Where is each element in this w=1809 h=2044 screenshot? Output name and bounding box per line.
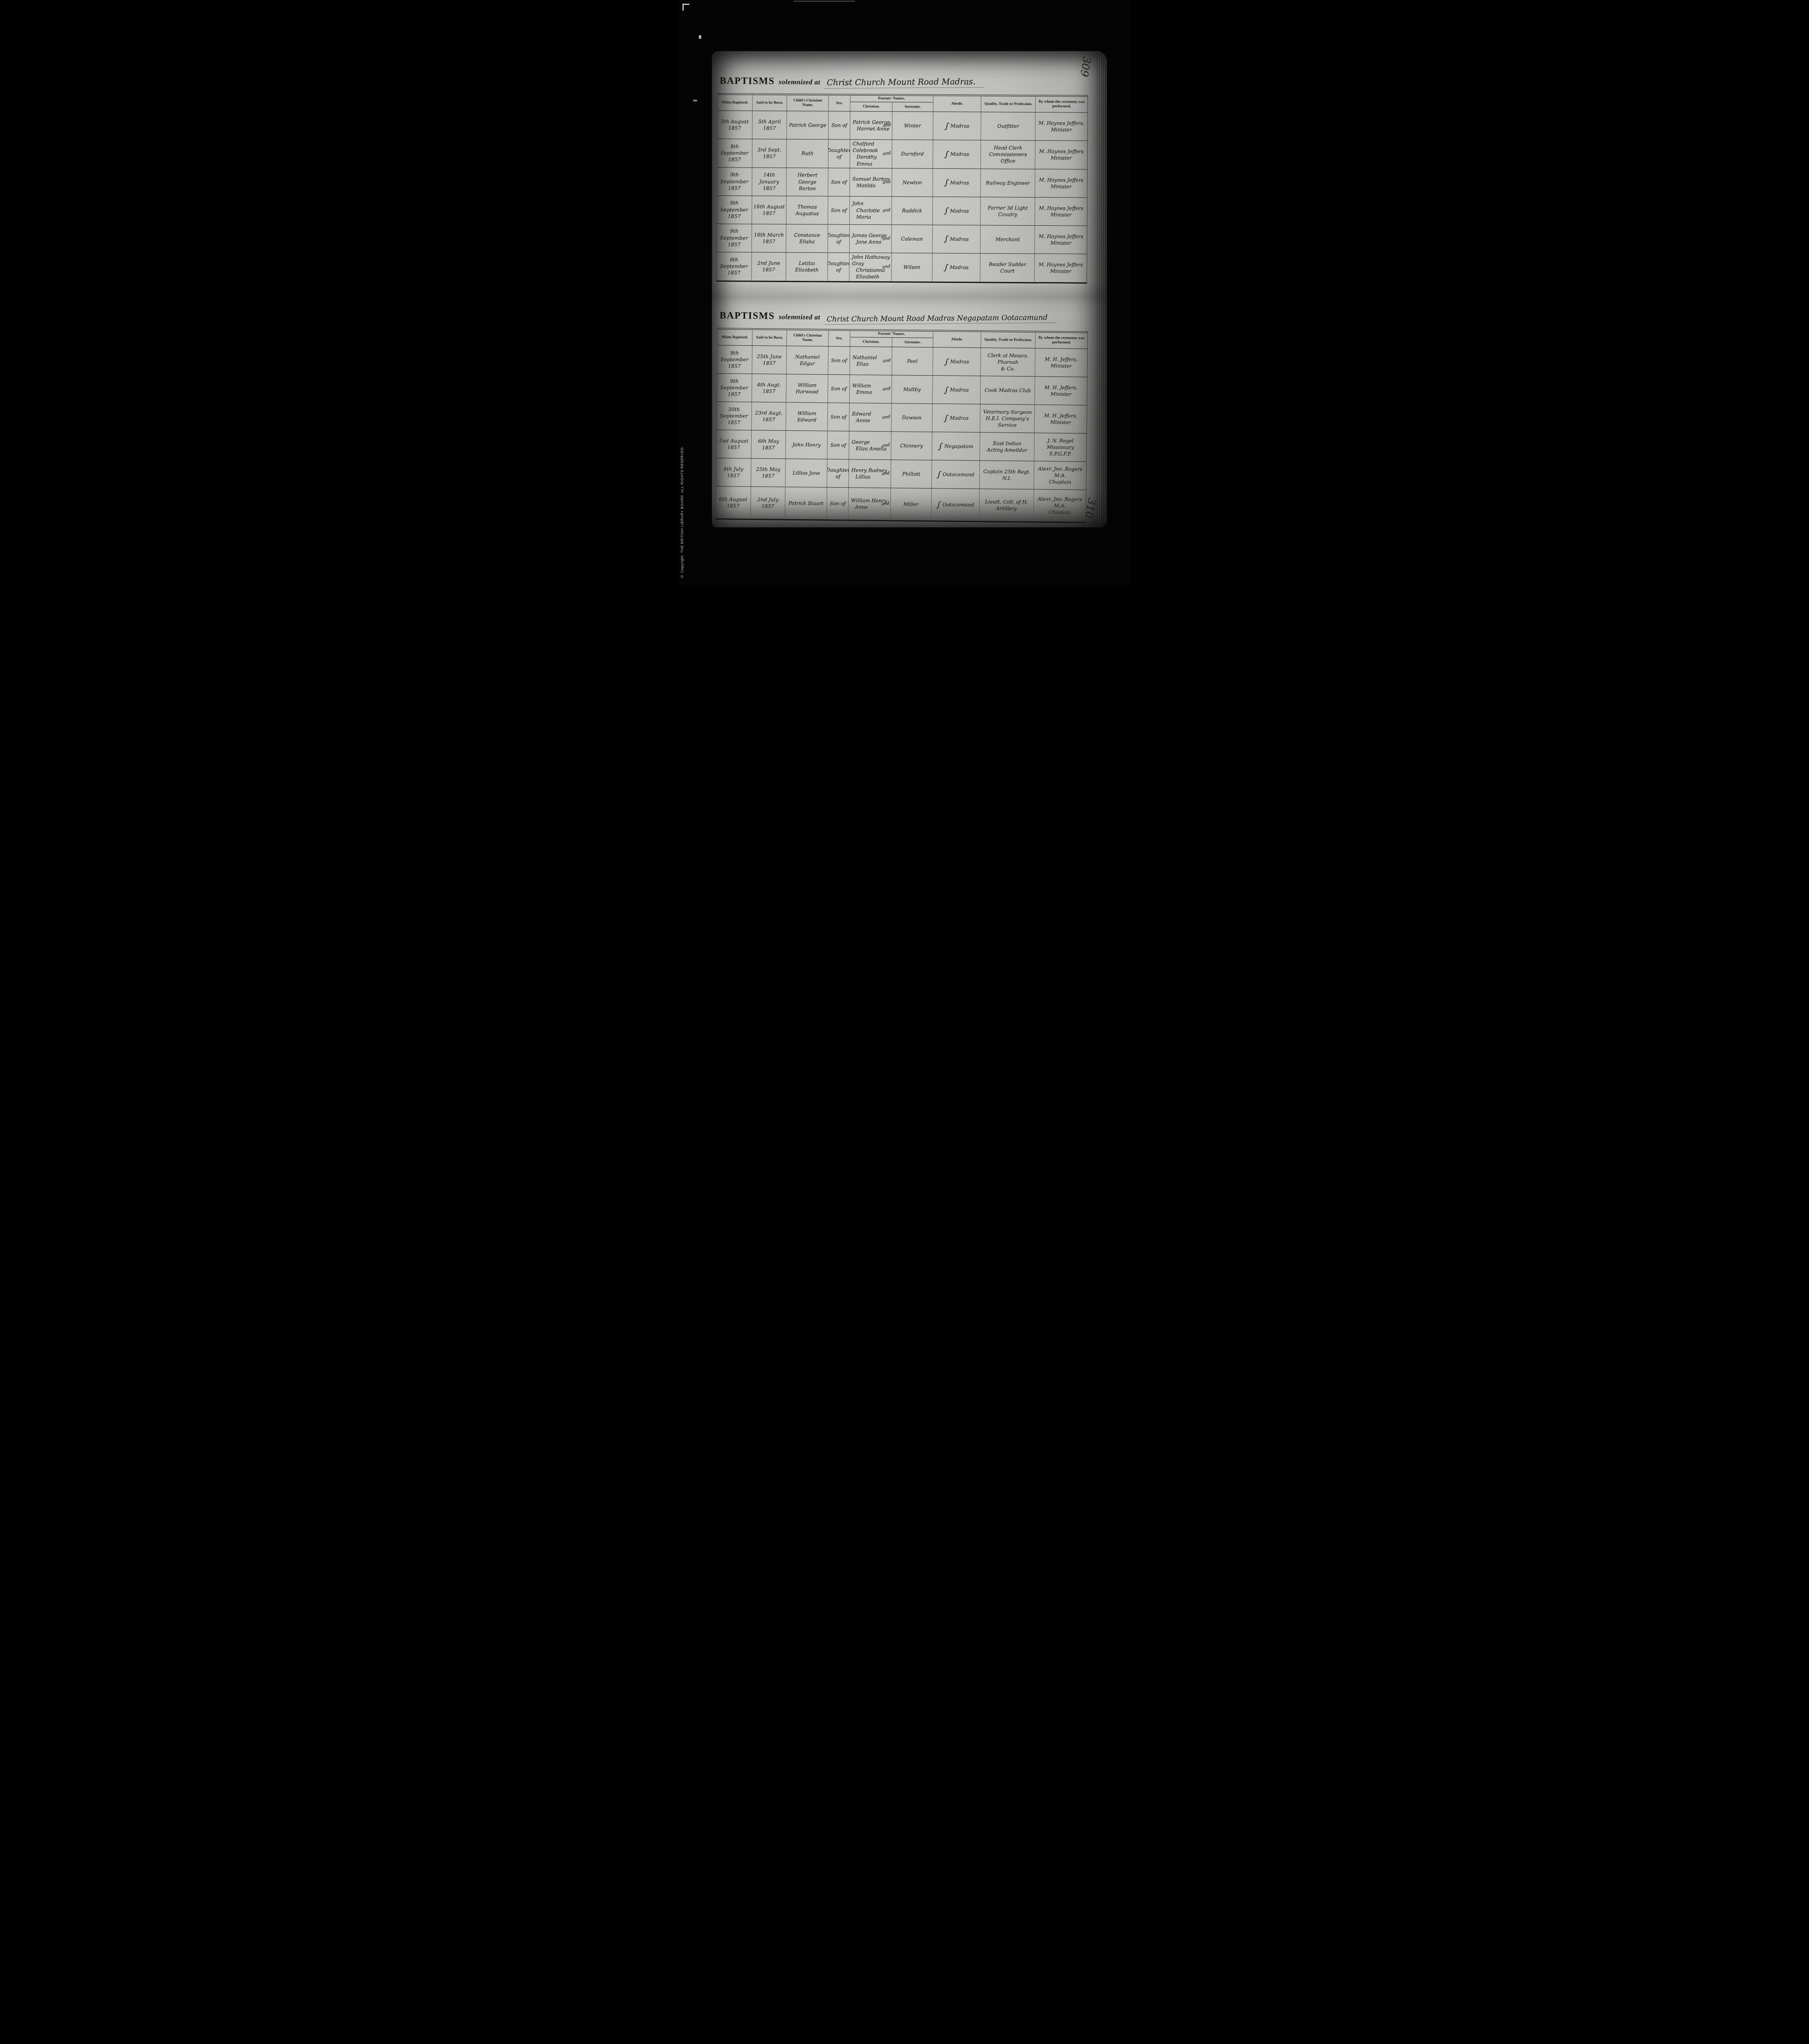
cell-quality-trade-profession: Lieutt. Coll. of H. Artillery <box>979 489 1034 521</box>
film-edge-mark <box>699 35 701 39</box>
col-header-parents-names: Parents' Names. Christian. Surname. <box>850 96 933 112</box>
col-header-child-name: Child's Christian Name. <box>787 95 829 111</box>
cell-said-to-be-born: 23rd Augt. 1857 <box>752 402 786 430</box>
cell-when-baptized: 4th July 1857 <box>716 458 752 486</box>
conjunction-and: and <box>882 357 891 364</box>
conjunction-and: and <box>882 207 891 214</box>
col-header-sex: Sex. <box>829 331 851 347</box>
abode-text: Madras <box>949 415 968 421</box>
cell-sex: Daughter of <box>828 224 850 252</box>
minister-name: M. Haynes Jeffers <box>1039 148 1084 155</box>
cell-child-name: Herbert George Barton <box>787 168 829 196</box>
conjunction-and: and <box>883 122 891 129</box>
child-name-line: William Harwood <box>788 381 827 395</box>
minister-name: M. Haynes Jeffers <box>1039 233 1083 240</box>
baptism-record-row: 9th September 1857 4th Augt. 1857 Willia… <box>717 374 1087 406</box>
cell-sex: Daughter of <box>828 139 850 168</box>
cell-parents-surname: Durnford <box>892 140 933 168</box>
cell-when-baptized: 9th September 1857 <box>717 374 752 402</box>
parent-mother-name: Jane Anna <box>851 238 882 245</box>
cell-parents-surname: Wilson <box>891 253 932 281</box>
child-name-line: Herbert George <box>788 172 827 185</box>
col-header-abode: Abode. <box>933 332 981 347</box>
quality-line: Clerk at Messrs. Pharoah <box>982 352 1034 366</box>
cell-parents-christian: George and Eliza Amelia <box>849 431 891 459</box>
cell-said-to-be-born: 4th Augt. 1857 <box>752 374 787 402</box>
film-edge-mark <box>794 1 855 2</box>
cell-quality-trade-profession: Cook Madras Club <box>981 376 1035 404</box>
cell-parents-christian: William and Emma <box>850 375 892 403</box>
baptism-record-row: 30th September 1857 23rd Augt. 1857 Will… <box>716 402 1087 434</box>
cell-quality-trade-profession: Captain 25th Regt. N.I. <box>980 461 1035 489</box>
abode-text: Madras <box>950 151 969 157</box>
quality-line: & Co. <box>1001 365 1015 372</box>
film-edge-mark <box>693 100 697 101</box>
cell-when-baptized: 6th August 1857 <box>716 486 751 519</box>
cell-parents-surname: Maltby <box>892 375 933 403</box>
baptism-record-row: 5th August 1857 5th April 1857 Patrick G… <box>717 111 1087 141</box>
cell-child-name: Ruth <box>787 139 829 168</box>
cell-said-to-be-born: 6th May 1857 <box>751 430 786 459</box>
quality-line: Captain 25th Regt. N.I. <box>981 468 1032 482</box>
cell-parents-surname: Coleman <box>892 225 933 253</box>
brace-mark: ∫ <box>944 356 949 367</box>
quality-line: Head Clerk <box>994 145 1022 152</box>
child-name-line: Constance <box>794 232 820 239</box>
cell-child-name: Patrick George <box>787 111 829 139</box>
conjunction-and: and <box>882 235 891 242</box>
minister-name: Alexr. Jno. Rogers M.A. <box>1035 495 1085 509</box>
cell-sex: Son of <box>828 403 850 431</box>
cell-parents-christian: William Henry and Anne <box>848 488 891 520</box>
baptism-table: When Baptized. Said to be Born. Child's … <box>716 93 1088 283</box>
quality-line: Outfitter <box>997 123 1019 129</box>
quality-line: Merchant <box>995 236 1019 242</box>
copyright-notice: © Copyright. THE BRITISH LIBRARY BOARD. … <box>679 358 685 578</box>
quality-line: East Indian <box>993 440 1021 447</box>
page-edge-shadow <box>1097 56 1107 523</box>
parent-father-name: James George <box>851 232 887 239</box>
register-section-page-309: BAPTISMS solemnized at Christ Church Mou… <box>716 76 1088 283</box>
cell-abode: ∫ Madras <box>932 253 981 282</box>
minister-title: Minister <box>1050 183 1072 190</box>
cell-quality-trade-profession: Outfitter <box>981 112 1035 140</box>
parent-father-name: Edward <box>851 410 871 417</box>
cell-said-to-be-born: 25th June 1857 <box>752 346 787 374</box>
minister-title: Minister <box>1050 391 1072 398</box>
cell-parents-christian: Henry Rodney and Lillias <box>849 459 891 488</box>
minister-name: M. Haynes Jeffers <box>1039 205 1084 212</box>
cell-abode: ∫ Madras <box>932 225 981 253</box>
cell-parents-surname: Newton <box>892 168 933 197</box>
cell-said-to-be-born: 2nd July 1857 <box>751 487 786 519</box>
microfilm-frame: © Copyright. THE BRITISH LIBRARY BOARD. … <box>678 0 1131 585</box>
col-header-ceremony-by: By whom the ceremony was performed. <box>1036 96 1088 112</box>
child-name-line: Patrick George <box>789 122 826 129</box>
cell-abode: ∫ Madras <box>932 376 981 404</box>
quality-line: Acting Ameildar <box>987 446 1028 453</box>
minister-name: M. H. Jeffers. <box>1044 384 1077 391</box>
child-name-line: William Edward <box>787 410 826 423</box>
minister-title: Chaplain <box>1049 509 1071 516</box>
conjunction-and: and <box>882 470 890 477</box>
parent-mother-name: Lillias <box>850 473 871 480</box>
col-header-abode: Abode. <box>933 96 981 112</box>
col-header-quality: Quality, Trade or Profession. <box>981 96 1036 112</box>
col-header-parents-names: Parents' Names. Christian. Surname. <box>850 331 933 347</box>
section-subtitle: solemnized at <box>779 78 821 87</box>
abode-text: Madras <box>950 123 969 129</box>
parent-father-name: John <box>851 200 864 207</box>
cell-said-to-be-born: 16th August 1857 <box>752 196 787 224</box>
cell-parents-christian: John and Charlotte Maria <box>850 196 892 224</box>
child-name-line: Nathaniel Edgar <box>788 353 827 367</box>
cell-when-baptized: 9th September 1857 <box>716 252 752 280</box>
brace-mark: ∫ <box>943 384 949 395</box>
minister-title: Minister <box>1051 363 1072 370</box>
register-section-page-310: BAPTISMS solemnized at Christ Church Mou… <box>715 310 1088 523</box>
cell-sex: Daughter of <box>828 253 850 281</box>
cell-when-baptized: 9th September 1857 <box>717 168 752 195</box>
table-body: 9th September 1857 25th June 1857 Nathan… <box>716 345 1087 522</box>
cell-ceremony-performed-by: Alexr. Jno. Rogers M.A. Chaplain <box>1034 461 1086 489</box>
col-header-christian: Christian. <box>850 102 892 112</box>
cell-abode: ∫ Madras <box>933 169 981 197</box>
abode-text: Ootacamund <box>943 501 974 508</box>
cell-when-baptized: 30th September 1857 <box>716 402 752 430</box>
cell-quality-trade-profession: Railway Engineer <box>981 169 1035 197</box>
cell-sex: Son of <box>828 375 850 403</box>
brace-mark: ∫ <box>944 148 949 160</box>
cell-abode: ∫ Madras <box>933 112 981 140</box>
brace-mark: ∫ <box>938 440 943 452</box>
cell-parents-surname: Dawson <box>891 403 932 432</box>
brace-mark: ∫ <box>943 412 949 424</box>
cell-quality-trade-profession: Merchant <box>981 225 1035 253</box>
cell-parents-christian: John Hathaway Gray and Christianna Eliza… <box>849 253 892 281</box>
cell-quality-trade-profession: Veterinary Surgeon H.E.I. Company's Serv… <box>980 404 1035 433</box>
minister-name: M. Haynes Jeffers <box>1039 261 1083 268</box>
cell-abode: ∫ Ootacamund <box>931 460 980 489</box>
cell-parents-christian: Edward and Annie <box>849 403 892 431</box>
minister-title: Minister <box>1051 155 1072 161</box>
cell-ceremony-performed-by: M. H. Jeffers. Minister <box>1035 348 1087 377</box>
cell-said-to-be-born: 5th April 1857 <box>752 111 787 139</box>
cell-parents-surname: Raddick <box>892 197 933 225</box>
parent-mother-name: Eliza <box>851 361 869 368</box>
cell-parents-surname: Phillott <box>891 460 932 488</box>
baptism-record-row: 2nd August 1857 6th May 1857 John Henry … <box>716 430 1087 462</box>
cell-quality-trade-profession: Clerk at Messrs. Pharoah & Co. <box>981 348 1036 376</box>
baptism-record-row: 9th September 1857 16th March 1857 Const… <box>717 224 1087 254</box>
cell-said-to-be-born: 3rd Sept. 1857 <box>752 139 787 167</box>
cell-parents-christian: Patrick George and Harriet Anne <box>850 112 893 140</box>
section-title: BAPTISMS <box>720 310 775 322</box>
minister-name: J. N. Regel <box>1048 437 1074 444</box>
cell-said-to-be-born: 25th May 1857 <box>751 459 786 487</box>
cell-abode: ∫ Madras <box>932 404 981 432</box>
abode-text: Madras <box>950 386 969 393</box>
brace-mark: ∫ <box>936 499 941 510</box>
conjunction-and: and <box>881 500 890 507</box>
abode-text: Negapatam <box>945 443 974 450</box>
cell-ceremony-performed-by: M. Haynes Jeffers Minister <box>1035 197 1087 226</box>
parent-mother-name: Eliza Amelia <box>851 445 887 452</box>
cell-said-to-be-born: 14th January 1857 <box>752 168 787 195</box>
abode-text: Ootacamund <box>943 471 974 478</box>
col-header-sex: Sex. <box>829 95 851 111</box>
baptism-record-row: 9th September 1857 14th January 1857 Her… <box>717 168 1087 198</box>
brace-mark: ∫ <box>944 177 949 188</box>
parent-father-name: George <box>851 439 870 446</box>
child-name-line: Thomas Augustus <box>788 203 826 217</box>
cell-when-baptized: 8th September 1857 <box>717 139 752 167</box>
cell-when-baptized: 9th September 1857 <box>717 224 752 252</box>
cell-abode: ∫ Madras <box>933 347 981 376</box>
quality-line: Lieutt. Coll. of H. Artillery <box>981 498 1032 512</box>
cell-parents-surname: Peel <box>892 347 933 375</box>
table-header-row: When Baptized. Said to be Born. Child's … <box>718 95 1088 113</box>
abode-text: Madras <box>950 264 969 271</box>
table-body: 5th August 1857 5th April 1857 Patrick G… <box>716 111 1087 282</box>
section-subtitle: solemnized at <box>779 313 820 321</box>
parents-names-subheader: Christian. Surname. <box>850 337 933 347</box>
cell-ceremony-performed-by: M. Haynes Jeffers Minister <box>1035 141 1087 169</box>
cell-ceremony-performed-by: M. H. Jeffers. Minister <box>1035 377 1087 405</box>
cell-abode: ∫ Ootacamund <box>931 489 980 521</box>
quality-line: Commissioners Office <box>982 151 1034 165</box>
quality-line: H.E.I. Company's Service <box>981 415 1033 429</box>
cell-parents-christian: Nathaniel and Eliza <box>850 347 892 375</box>
cell-child-name: Nathaniel Edgar <box>787 346 829 374</box>
cell-abode: ∫ Madras <box>933 197 981 225</box>
cell-child-name: Constance Elisha <box>786 224 828 253</box>
minister-name: M. Haynes Jeffers. <box>1039 120 1084 127</box>
baptism-record-row: 9th September 1857 2nd June 1857 Letitia… <box>716 252 1086 282</box>
page-fold-shadow <box>712 282 1107 315</box>
parent-mother-name: Annie <box>851 417 870 424</box>
col-header-surname: Surname. <box>893 102 933 112</box>
parents-names-subheader: Christian. Surname. <box>850 102 933 112</box>
cell-said-to-be-born: 16th March 1857 <box>752 224 787 252</box>
cell-sex: Son of <box>828 431 849 459</box>
section-title: BAPTISMS <box>720 76 775 87</box>
brace-mark: ∫ <box>943 262 949 273</box>
col-header-said-to-be-born: Said to be Born. <box>752 330 787 346</box>
cell-parents-surname: Winter <box>892 112 933 140</box>
cell-parents-christian: Chalford Colebrook and Dorothy Emma <box>850 140 893 168</box>
abode-text: Madras <box>950 358 969 365</box>
abode-text: Madras <box>950 208 969 214</box>
cell-when-baptized: 9th September 1857 <box>717 196 752 224</box>
minister-title: Minister <box>1050 419 1071 426</box>
section-header: BAPTISMS solemnized at Christ Church Mou… <box>717 76 1088 92</box>
cell-said-to-be-born: 2nd June 1857 <box>752 252 786 280</box>
cell-sex: Daughter of <box>827 459 849 488</box>
cell-child-name: Lillias Jane <box>786 459 828 487</box>
cell-ceremony-performed-by: M. Haynes Jeffers Minister <box>1035 226 1087 254</box>
parent-father-name: Nathaniel <box>851 354 877 361</box>
conjunction-and: and <box>882 263 891 270</box>
cell-when-baptized: 2nd August 1857 <box>716 430 752 458</box>
minister-title: Minister <box>1050 268 1071 274</box>
minister-name: M. Haynes Jeffers <box>1039 177 1084 184</box>
cell-quality-trade-profession: Head Clerk Commissioners Office <box>981 140 1035 168</box>
cell-child-name: Letitia Elizabeth <box>786 253 828 281</box>
baptism-record-row: 8th September 1857 3rd Sept. 1857 Ruth D… <box>717 139 1087 169</box>
minister-title: Minister <box>1050 211 1072 218</box>
child-name-line: Elisha <box>799 238 815 245</box>
conjunction-and: and <box>882 179 891 186</box>
parent-father-name: William <box>851 382 871 389</box>
cell-ceremony-performed-by: J. N. Regel Missionary S.P.G.F.P. <box>1035 433 1086 461</box>
minister-name: M. H. Jeffers. <box>1045 356 1078 363</box>
col-header-ceremony-by: By whom the ceremony was performed. <box>1035 332 1087 348</box>
abode-text: Madras <box>950 236 969 242</box>
child-name-line: John Henry <box>792 442 821 448</box>
pencil-margin-note: 15/7/7 <box>715 473 720 486</box>
child-name-line: Patrick Stuart <box>788 500 824 507</box>
cell-quality-trade-profession: East Indian Acting Ameildar <box>980 433 1035 461</box>
cell-ceremony-performed-by: M. Haynes Jeffers Minister <box>1035 169 1087 197</box>
cell-parents-surname: Chinnery <box>891 432 932 460</box>
conjunction-and: and <box>882 385 891 392</box>
parents-names-label: Parents' Names. <box>851 96 933 102</box>
cell-child-name: Patrick Stuart <box>785 487 827 520</box>
cell-ceremony-performed-by: M. H. Jeffers. Minister <box>1035 405 1086 433</box>
child-name-line: Ruth <box>801 150 813 157</box>
baptism-record-row: 9th September 1857 25th June 1857 Nathan… <box>717 345 1088 377</box>
cell-sex: Son of <box>829 111 851 139</box>
cell-when-baptized: 9th September 1857 <box>717 345 753 374</box>
cell-child-name: John Henry <box>786 431 828 459</box>
baptism-record-row: 9th September 1857 16th August 1857 Thom… <box>717 196 1087 226</box>
cell-abode: ∫ Madras <box>933 140 981 168</box>
cell-sex: Son of <box>828 168 850 196</box>
cell-ceremony-performed-by: M. Haynes Jeffers. Minister <box>1035 112 1087 141</box>
brace-mark: ∫ <box>943 205 949 217</box>
cell-quality-trade-profession: Reader Sudder Court <box>981 253 1035 282</box>
col-header-surname: Surname. <box>892 338 933 347</box>
cell-child-name: William Harwood <box>786 374 828 403</box>
quality-line: Farrier 3d Light Cavalry <box>982 204 1033 218</box>
cell-child-name: Thomas Augustus <box>786 196 828 224</box>
baptism-record-row: 6th August 1857 2nd July 1857 Patrick St… <box>716 486 1086 522</box>
cell-ceremony-performed-by: Alexr. Jno. Rogers M.A. Chaplain <box>1034 489 1086 522</box>
film-edge-mark <box>682 4 684 11</box>
cell-ceremony-performed-by: M. Haynes Jeffers Minister <box>1035 254 1087 282</box>
minister-name: M. H. Jeffers. <box>1044 412 1077 419</box>
cell-child-name: William Edward <box>786 403 828 431</box>
minister-title: Missionary S.P.G.F.P. <box>1036 444 1085 457</box>
conjunction-and: and <box>882 442 890 449</box>
quality-line: Reader Sudder Court <box>982 261 1033 274</box>
minister-name: Alexr. Jno. Rogers M.A. <box>1035 465 1085 479</box>
cell-parents-surname: Miller <box>891 488 931 520</box>
abode-text: Madras <box>950 179 969 186</box>
child-name-line: Letitia Elizabeth <box>788 260 826 273</box>
col-header-christian: Christian. <box>850 337 893 347</box>
baptism-table: When Baptized. Said to be Born. Child's … <box>715 328 1088 523</box>
col-header-when-baptized: When Baptized. <box>718 95 753 110</box>
col-header-quality: Quality, Trade or Profession. <box>981 332 1035 348</box>
cell-sex: Son of <box>828 196 850 224</box>
conjunction-and: and <box>882 414 891 421</box>
quality-line: Railway Engineer <box>986 179 1030 186</box>
brace-mark: ∫ <box>943 233 949 245</box>
col-header-child-name: Child's Christian Name. <box>787 330 829 346</box>
cell-quality-trade-profession: Farrier 3d Light Cavalry <box>981 197 1035 225</box>
minister-title: Minister <box>1051 126 1072 133</box>
col-header-when-baptized: When Baptized. <box>717 329 752 345</box>
cell-parents-christian: James George and Jane Anna <box>850 224 892 253</box>
quality-line: Veterinary Surgeon <box>983 408 1032 415</box>
parent-mother-name: Matilda <box>851 182 875 189</box>
parent-mother-name: Emma <box>851 389 872 396</box>
minister-title: Minister <box>1050 240 1072 246</box>
baptism-record-row: 4th July 1857 25th May 1857 Lillias Jane… <box>716 458 1086 490</box>
quality-line: Cook Madras Club <box>985 387 1031 394</box>
cell-abode: ∫ Negapatam <box>932 432 980 460</box>
cell-when-baptized: 5th August 1857 <box>717 111 752 139</box>
cell-parents-christian: Samuel Barton and Matilda <box>850 168 892 196</box>
brace-mark: ∫ <box>944 120 949 132</box>
cell-sex: Son of <box>828 347 850 375</box>
brace-mark: ∫ <box>936 468 942 480</box>
cell-sex: Son of <box>827 488 848 520</box>
location-handwritten: Christ Church Mount Road Madras Negapata… <box>824 314 1057 325</box>
child-name-line: Lillias Jane <box>792 470 820 477</box>
child-name-line: Barton <box>799 185 816 192</box>
col-header-said-to-be-born: Said to be Born. <box>753 95 787 110</box>
minister-title: Chaplain <box>1049 479 1071 486</box>
location-handwritten: Christ Church Mount Road Madras. <box>824 76 985 89</box>
parent-mother-name: Anne <box>850 504 868 511</box>
register-page-scan: BAPTISMS solemnized at Christ Church Mou… <box>712 51 1107 527</box>
